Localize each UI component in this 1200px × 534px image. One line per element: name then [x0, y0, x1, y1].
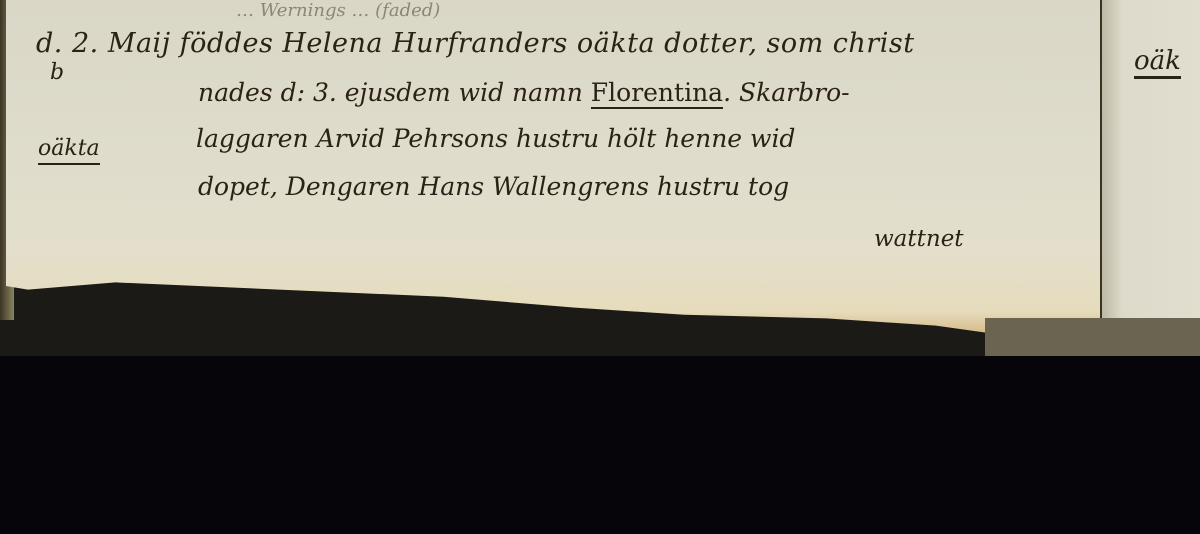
entry-text-line-2: nades d: 3. ejusdem wid namn [198, 78, 583, 107]
entry-line-3: laggaren Arvid Pehrsons hustru hölt henn… [196, 124, 795, 153]
entry-text-line-1: föddes Helena Hurfranders oäkta dotter, … [180, 28, 915, 59]
entry-line-2: nades d: 3. ejusdem wid namn Florentina.… [198, 78, 850, 107]
scanned-register-image: … Wernings … (faded) d. 2. Maij föddes H… [0, 0, 1200, 356]
margin-note-right: oäk [1134, 46, 1181, 79]
faded-top-line: … Wernings … (faded) [236, 0, 440, 21]
child-name: Florentina [591, 78, 723, 109]
margin-note-left: oäkta [38, 136, 100, 165]
entry-date-month: Maij [108, 28, 171, 59]
table-surface [985, 318, 1200, 356]
entry-line-4: dopet, Dengaren Hans Wallengrens hustru … [198, 172, 789, 201]
black-letterbox [0, 356, 1200, 534]
entry-line-1: d. 2. Maij föddes Helena Hurfranders oäk… [36, 28, 915, 59]
entry-date-day: d. 2. [36, 28, 99, 59]
entry-text-line-2-end: . Skarbro- [723, 78, 849, 107]
register-page: … Wernings … (faded) d. 2. Maij föddes H… [6, 0, 1100, 340]
date-sub-mark: b [50, 60, 64, 85]
entry-line-5: wattnet [874, 226, 964, 252]
facing-page: oäk [1100, 0, 1200, 330]
